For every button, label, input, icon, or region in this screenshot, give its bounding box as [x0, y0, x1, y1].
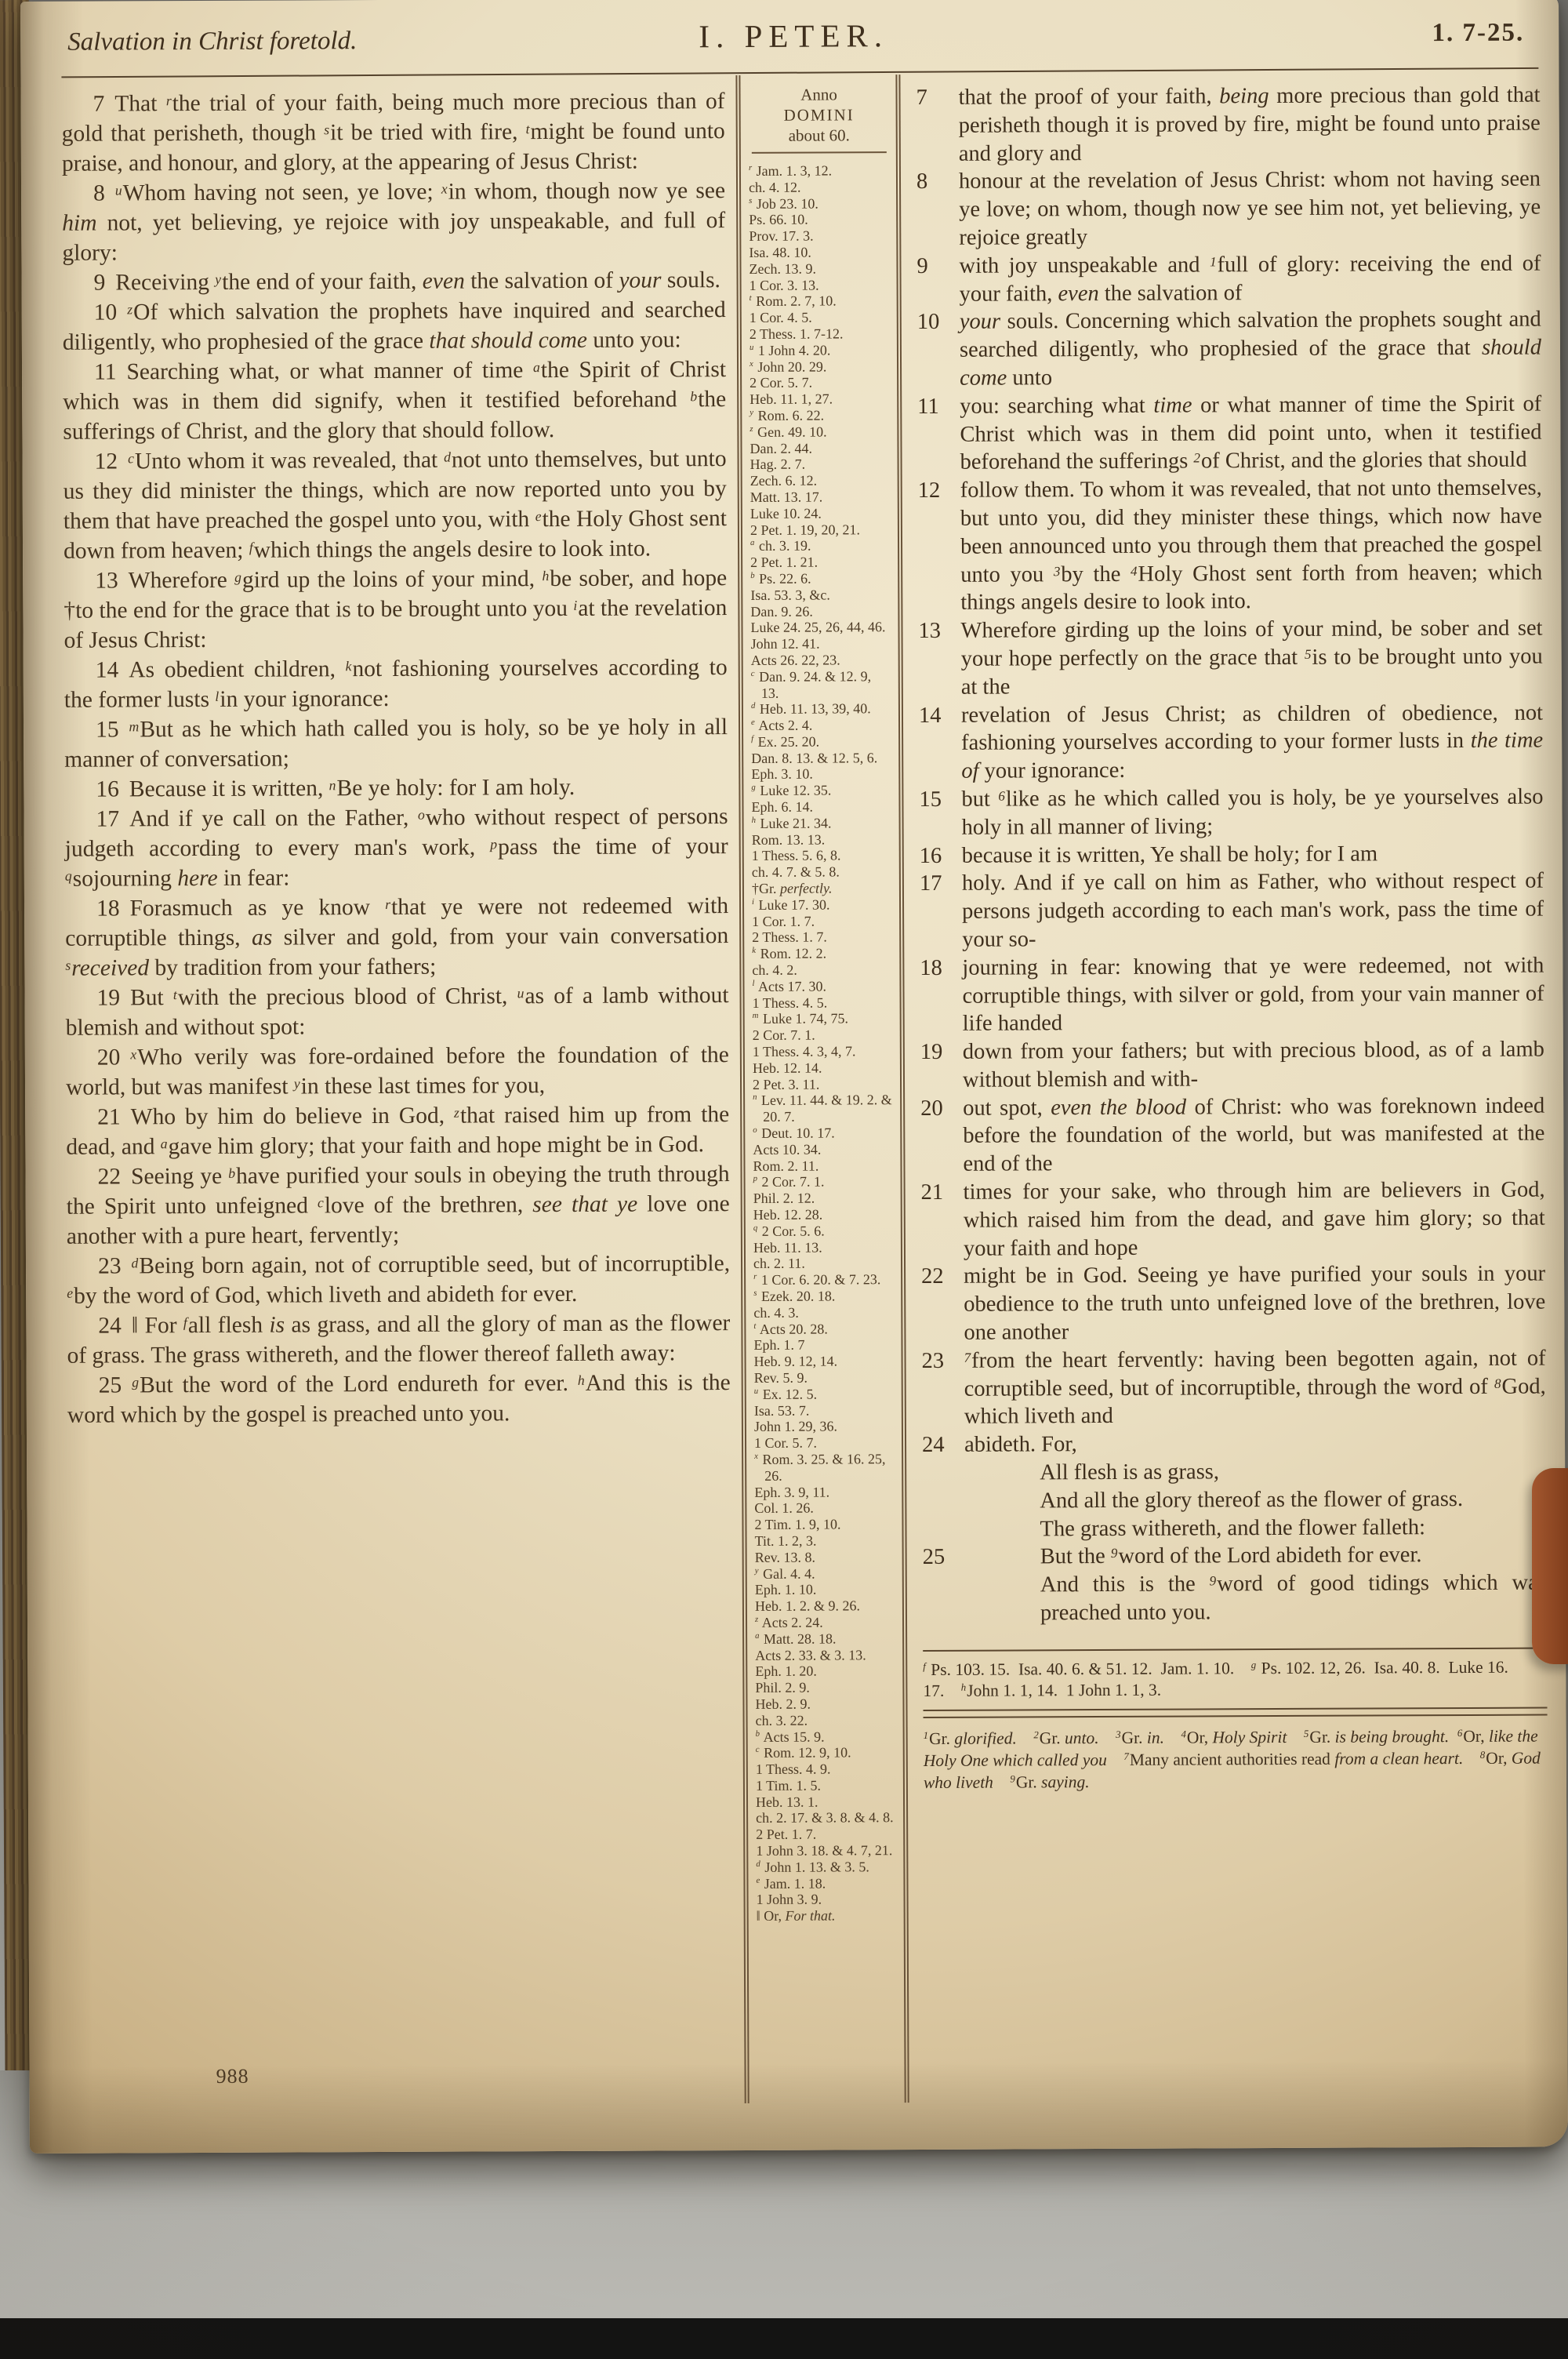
cross-reference: Dan. 9. 26.	[750, 603, 891, 620]
rv-verse: All flesh is as grass,	[922, 1457, 1546, 1488]
verse-text: Wherefore ggird up the loins of your min…	[64, 565, 727, 653]
rv-verse: 24abideth. For,	[922, 1429, 1546, 1459]
verse-number: 14	[96, 657, 119, 682]
cross-reference: p 2 Cor. 7. 1.	[753, 1174, 895, 1191]
domini-line: DOMINI	[749, 104, 890, 125]
footnote-block: f Ps. 103. 15. Isa. 40. 6. & 51. 12. Jam…	[923, 1647, 1548, 1793]
cross-reference: Heb. 11. 13.	[753, 1239, 895, 1256]
book-title: I. PETER.	[699, 16, 888, 55]
verse-text: 7from the heart fervently: having been b…	[964, 1346, 1546, 1429]
text-columns: 7That rthe trial of your faith, being mu…	[49, 72, 1553, 2106]
verse-text: times for your sake, who through him are…	[964, 1178, 1545, 1261]
cross-reference: Heb. 2. 9.	[755, 1696, 896, 1713]
verse-text: dBeing born again, not of corruptible se…	[67, 1251, 730, 1309]
bookmark-tab	[1532, 1468, 1568, 1664]
cross-reference: ch. 2. 17. & 3. 8. & 4. 8.	[756, 1810, 897, 1827]
cross-reference: Heb. 9. 12, 14.	[754, 1353, 895, 1370]
rv-verse: 20out spot, even the blood of Christ: wh…	[920, 1092, 1544, 1179]
verse-text: All flesh is as grass,	[1040, 1459, 1219, 1485]
kjv-verse: 21Who by him do believe in God, zthat ra…	[66, 1100, 729, 1162]
verse-number: 25	[923, 1543, 1040, 1572]
verse-number: 15	[96, 717, 119, 742]
verse-text: But twith the precious blood of Christ, …	[66, 983, 729, 1041]
cross-reference: Zech. 13. 9.	[749, 260, 890, 278]
verse-number: 18	[920, 954, 962, 982]
cross-reference: Zech. 6. 12.	[750, 472, 891, 489]
verse-number	[923, 1592, 1040, 1593]
cross-reference: ch. 3. 22.	[756, 1712, 897, 1729]
cross-reference: d John 1. 13. & 3. 5.	[756, 1859, 897, 1876]
kjv-verse: 8uWhom having not seen, ye love; xin who…	[62, 176, 725, 268]
cross-reference: Phil. 2. 9.	[755, 1679, 896, 1696]
verse-text: gBut the word of the Lord endureth for e…	[67, 1370, 731, 1428]
verse-text: follow them. To whom it was revealed, th…	[960, 476, 1543, 615]
verse-text: Who by him do believe in God, zthat rais…	[66, 1102, 729, 1160]
cross-reference: Col. 1. 26.	[754, 1499, 895, 1517]
verse-number: 19	[96, 985, 120, 1010]
verse-number: 14	[919, 701, 961, 729]
cross-reference: m Luke 1. 74, 75.	[753, 1011, 894, 1028]
cross-reference: y Rom. 6. 22.	[750, 407, 891, 424]
rv-verse: And all the glory thereof as the flower …	[922, 1485, 1546, 1515]
cross-reference: Acts 10. 34.	[753, 1141, 894, 1158]
cross-reference: 1 Cor. 4. 5.	[750, 309, 891, 326]
cross-reference: Heb. 11. 1, 27.	[750, 391, 891, 408]
cross-reference: Tit. 1. 2, 3.	[755, 1532, 896, 1550]
verse-text: Seeing ye bhave purified your souls in o…	[67, 1161, 730, 1249]
kjv-verse: 25gBut the word of the Lord endureth for…	[67, 1368, 731, 1430]
cross-reference: b Acts 15. 9.	[756, 1728, 897, 1746]
cross-reference: ch. 4. 2.	[752, 961, 893, 979]
kjv-verse: 23dBeing born again, not of corruptible …	[67, 1249, 730, 1311]
cross-reference: s Ezek. 20. 18.	[753, 1288, 895, 1305]
rv-verse: 8honour at the revelation of Jesus Chris…	[916, 165, 1541, 253]
verse-text: uWhom having not seen, ye love; xin whom…	[62, 178, 725, 266]
cross-reference: s Job 23. 10.	[749, 195, 890, 213]
cross-reference: Rom. 2. 11.	[753, 1158, 894, 1175]
verse-number: 20	[97, 1045, 121, 1070]
chapter-range: 1. 7-25.	[1432, 19, 1524, 49]
kjv-verse: 17And if ye call on the Father, owho wit…	[64, 801, 728, 894]
cross-reference: t Rom. 2. 7, 10.	[750, 293, 891, 311]
verse-text: And this is the 9word of good tidings wh…	[1040, 1571, 1547, 1626]
verse-number: 12	[918, 477, 960, 505]
verse-number: 9	[93, 271, 105, 296]
kjv-verse: 18Forasmuch as ye know rthat ye were not…	[65, 891, 728, 983]
rv-verse: 9with joy unspeakable and 1full of glory…	[916, 249, 1541, 308]
cross-reference: 2 Pet. 1. 21.	[750, 554, 891, 571]
verse-text: revelation of Jesus Christ; as children …	[961, 700, 1543, 783]
running-title: Salvation in Christ foretold.	[67, 27, 357, 57]
verse-text: journing in fear: knowing that ye were r…	[962, 953, 1544, 1036]
cross-reference: 1 Thess. 4. 3, 4, 7.	[753, 1043, 894, 1060]
rv-verse: 25But the 9word of the Lord abideth for …	[923, 1541, 1547, 1572]
cross-reference: ch. 2. 11.	[753, 1256, 895, 1273]
cross-reference: Eph. 1. 20.	[755, 1663, 896, 1680]
verse-text: with joy unspeakable and 1full of glory:…	[959, 251, 1541, 306]
verse-text: holy. And if ye call on him as Father, w…	[962, 869, 1544, 952]
rv-column: 7that the proof of your faith, being mor…	[900, 72, 1553, 2103]
cross-reference: Heb. 13. 1.	[756, 1794, 897, 1811]
cross-reference: Eph. 1. 7	[753, 1337, 895, 1354]
anno-line: Anno	[748, 84, 889, 105]
cross-reference: c Dan. 9. 24. & 12. 9, 13.	[751, 668, 892, 701]
kjv-verse: 13Wherefore ggird up the loins of your m…	[64, 563, 727, 656]
cross-reference: 1 Cor. 1. 7.	[752, 913, 893, 930]
cross-reference: ch. 4. 12.	[749, 179, 890, 196]
kjv-verse: 11Searching what, or what manner of time…	[63, 354, 726, 447]
kjv-verse: 16Because it is written, nBe ye holy: fo…	[64, 772, 728, 805]
cross-reference: Eph. 6. 14.	[751, 798, 892, 816]
rv-verse-list: 7that the proof of your faith, being mor…	[916, 82, 1547, 1628]
cross-reference: Rev. 5. 9.	[754, 1369, 895, 1387]
verse-number: 7	[916, 84, 958, 112]
cross-reference: ch. 4. 3.	[753, 1304, 895, 1321]
kjv-verse: 24‖ For fall flesh is as grass, and all …	[67, 1308, 730, 1371]
verse-text: ‖ For fall flesh is as grass, and all th…	[67, 1310, 730, 1369]
cross-reference: f Ex. 25. 20.	[751, 733, 892, 751]
verse-text: But the 9word of the Lord abideth for ev…	[1040, 1543, 1422, 1569]
cross-reference: Hag. 2. 7.	[750, 456, 891, 474]
verse-text: you: searching what time or what manner …	[960, 391, 1541, 474]
verse-number: 17	[96, 806, 119, 831]
rv-verse: 22might be in God. Seeing ye have purifi…	[921, 1260, 1545, 1347]
cross-reference: Heb. 12. 28.	[753, 1206, 895, 1223]
verse-text: Forasmuch as ye know rthat ye were not r…	[65, 893, 728, 981]
kjv-verse: 15mBut as he which hath called you is ho…	[64, 712, 728, 775]
page-number: 988	[216, 2065, 249, 2088]
bible-page: Salvation in Christ foretold. I. PETER. …	[20, 0, 1568, 2154]
cross-reference: Acts 2. 33. & 3. 13.	[755, 1647, 896, 1664]
footnote-double-rule	[924, 1707, 1548, 1717]
verse-number	[922, 1479, 1040, 1480]
verse-number: 16	[96, 776, 119, 801]
cross-reference: Heb. 1. 2. & 9. 26.	[755, 1598, 896, 1615]
verse-number: 22	[97, 1164, 121, 1189]
cross-reference: 1 Thess. 4. 9.	[756, 1761, 897, 1778]
cross-reference: i Luke 17. 30.	[752, 896, 893, 914]
verse-number: 19	[920, 1038, 963, 1067]
cross-reference: 2 Tim. 1. 9, 10.	[754, 1516, 895, 1533]
cross-reference: Isa. 53. 3, &c.	[750, 587, 891, 604]
verse-number: 13	[95, 568, 118, 593]
verse-text: As obedient children, knot fashioning yo…	[64, 655, 728, 713]
footnote-notes: 1Gr. glorified. 2Gr. unto. 3Gr. in. 4Or,…	[924, 1725, 1548, 1793]
verse-number: 20	[920, 1094, 963, 1122]
verse-text: Wherefore girding up the loins of your m…	[960, 616, 1542, 700]
verse-number: 21	[921, 1179, 964, 1207]
cross-reference: 1 Tim. 1. 5.	[756, 1777, 897, 1794]
cross-reference: l Acts 17. 30.	[752, 978, 893, 995]
cross-reference: 2 Pet. 3. 11.	[753, 1076, 894, 1093]
cross-reference: ch. 4. 7. & 5. 8.	[752, 863, 893, 881]
verse-number: 17	[920, 870, 962, 898]
verse-text: Receiving ythe end of your faith, even t…	[115, 267, 720, 295]
cross-reference: k Rom. 12. 2.	[752, 945, 893, 962]
rv-verse: 16because it is written, Ye shall be hol…	[920, 839, 1544, 870]
cross-reference: u 1 John 4. 20.	[750, 342, 891, 359]
verse-text: honour at the revelation of Jesus Christ…	[959, 167, 1541, 250]
kjv-verse: 7That rthe trial of your faith, being mu…	[61, 86, 724, 179]
verse-number: 25	[99, 1372, 122, 1398]
page-header: Salvation in Christ foretold. I. PETER. …	[60, 14, 1527, 67]
cross-reference: 1 John 3. 9.	[757, 1892, 898, 1909]
verse-number: 11	[94, 359, 117, 384]
kjv-verse: 14As obedient children, knot fashioning …	[64, 652, 728, 715]
cross-reference: 1 Thess. 4. 5.	[753, 994, 894, 1012]
cross-reference-list: r Jam. 1. 3, 12. ch. 4. 12. s Job 23. 10…	[749, 162, 898, 1925]
cross-reference: x Rom. 3. 25. & 16. 25, 26.	[754, 1451, 895, 1484]
verse-number: 23	[98, 1253, 122, 1278]
photo-background: Salvation in Christ foretold. I. PETER. …	[0, 0, 1568, 2359]
dark-strip	[0, 2318, 1568, 2359]
cross-reference: e Acts 2. 4.	[751, 717, 892, 734]
cross-reference: 1 Cor. 3. 13.	[750, 277, 891, 294]
verse-text: down from your fathers; but with preciou…	[963, 1038, 1544, 1092]
cross-reference: y Gal. 4. 4.	[755, 1565, 896, 1583]
rv-verse: 17holy. And if ye call on him as Father,…	[920, 867, 1544, 954]
verse-text: out spot, even the blood of Christ: who …	[963, 1093, 1544, 1176]
cross-reference: c Rom. 12. 9, 10.	[756, 1744, 897, 1761]
cross-reference: Prov. 17. 3.	[749, 227, 890, 245]
verse-number: 11	[917, 393, 960, 421]
cross-reference: Eph. 3. 9, 11.	[754, 1484, 895, 1501]
verse-number: 24	[922, 1431, 964, 1459]
cross-reference: g Luke 12. 35.	[751, 782, 892, 799]
verse-text: That rthe trial of your faith, being muc…	[62, 89, 725, 176]
verse-text: cUnto whom it was revealed, that dnot un…	[64, 446, 727, 564]
verse-number: 8	[916, 168, 959, 196]
rv-verse: 13Wherefore girding up the loins of your…	[918, 615, 1542, 702]
cross-reference: Isa. 48. 10.	[749, 244, 890, 261]
footnote-divider	[923, 1647, 1547, 1651]
rv-verse: 14revelation of Jesus Christ; as childre…	[919, 699, 1543, 786]
cross-reference: 2 Thess. 1. 7.	[752, 929, 893, 947]
cross-reference: Matt. 13. 17.	[750, 489, 891, 506]
verse-number: 12	[94, 449, 118, 474]
cross-reference: d Heb. 11. 13, 39, 40.	[751, 700, 892, 718]
cross-reference: Rev. 13. 8.	[755, 1549, 896, 1566]
cross-reference: Luke 10. 24.	[750, 505, 891, 522]
rv-verse: 10your souls. Concerning which salvation…	[917, 306, 1541, 393]
cross-reference: Phil. 2. 12.	[753, 1190, 895, 1207]
cross-reference: Ps. 66. 10.	[749, 212, 890, 229]
cross-reference: John 1. 29, 36.	[754, 1419, 895, 1436]
verse-number: 7	[93, 92, 105, 117]
about-line: about 60.	[749, 125, 890, 146]
cross-reference: n Lev. 11. 44. & 19. 2. & 20. 7.	[753, 1092, 894, 1125]
cross-reference: Acts 26. 22, 23.	[751, 652, 892, 669]
verse-number	[923, 1536, 1040, 1536]
cross-reference: ‖ Or, For that.	[757, 1907, 898, 1925]
verse-text: xWho verily was fore-ordained before the…	[66, 1042, 729, 1100]
verse-number: 10	[94, 300, 118, 325]
cross-reference: 2 Cor. 5. 7.	[750, 375, 891, 392]
rv-verse: 237from the heart fervently: having been…	[921, 1344, 1545, 1431]
verse-number: 22	[921, 1263, 964, 1291]
cross-reference: 2 Pet. 1. 7.	[756, 1826, 897, 1843]
cross-reference: 2 Pet. 1. 19, 20, 21.	[750, 522, 891, 539]
footnote-references: f Ps. 103. 15. Isa. 40. 6. & 51. 12. Jam…	[923, 1656, 1547, 1701]
rv-verse: And this is the 9word of good tidings wh…	[923, 1569, 1547, 1628]
verse-text: that the proof of your faith, being more…	[958, 83, 1540, 166]
verse-number: 9	[916, 253, 959, 281]
cross-reference: z Acts 2. 24.	[755, 1614, 896, 1631]
rv-verse: 7that the proof of your faith, being mor…	[916, 82, 1540, 169]
cross-reference: 1 Thess. 5. 6, 8.	[752, 848, 893, 865]
cross-reference: Dan. 2. 44.	[750, 440, 891, 457]
verse-number: 15	[919, 786, 961, 814]
cross-reference: r Jam. 1. 3, 12.	[749, 162, 890, 180]
verse-number: 8	[93, 181, 105, 206]
cross-reference: x John 20. 29.	[750, 358, 891, 376]
verse-number: 21	[97, 1104, 121, 1129]
cross-reference: 1 Cor. 5. 7.	[754, 1434, 895, 1452]
kjv-verse: 10zOf which salvation the prophets have …	[63, 295, 726, 358]
kjv-column: 7That rthe trial of your faith, being mu…	[49, 75, 742, 2106]
kjv-verse: 12cUnto whom it was revealed, that dnot …	[63, 444, 727, 566]
cross-reference: †Gr. perfectly.	[752, 880, 893, 897]
cross-reference: Heb. 12. 14.	[753, 1060, 894, 1077]
verse-text: Because it is written, nBe ye holy: for …	[129, 775, 575, 801]
cross-reference: z Gen. 49. 10.	[750, 423, 891, 441]
cross-reference: q 2 Cor. 5. 6.	[753, 1223, 895, 1240]
rv-verse: 15but 6like as he which called you is ho…	[919, 783, 1543, 841]
reference-divider	[752, 151, 887, 154]
cross-reference: John 12. 41.	[751, 635, 892, 652]
cross-reference: Isa. 53. 7.	[754, 1402, 895, 1419]
cross-reference: e Jam. 1. 18.	[756, 1875, 897, 1892]
anno-domini-heading: Anno DOMINI about 60.	[748, 84, 889, 146]
verse-number: 23	[921, 1347, 964, 1376]
verse-text: might be in God. Seeing ye have purified…	[964, 1262, 1545, 1345]
cross-reference: 2 Thess. 1. 7-12.	[750, 325, 891, 343]
verse-number: 10	[917, 308, 960, 336]
rv-verse: 12follow them. To whom it was revealed, …	[918, 474, 1543, 617]
cross-reference: Luke 24. 25, 26, 44, 46.	[750, 619, 891, 636]
verse-number: 24	[98, 1313, 122, 1338]
kjv-verse: 19But twith the precious blood of Christ…	[65, 980, 728, 1043]
rv-verse: 19down from your fathers; but with preci…	[920, 1036, 1544, 1095]
verse-number: 16	[920, 841, 962, 870]
cross-reference: 1 John 3. 18. & 4. 7, 21.	[756, 1842, 897, 1859]
cross-reference: 2 Cor. 7. 1.	[753, 1027, 894, 1044]
cross-reference: b Ps. 22. 6.	[750, 570, 891, 587]
kjv-verse: 20xWho verily was fore-ordained before t…	[66, 1040, 729, 1103]
cross-reference: t Acts 20. 28.	[753, 1321, 895, 1338]
verse-text: zOf which salvation the prophets have in…	[63, 297, 726, 355]
rv-verse: 18journing in fear: knowing that ye were…	[920, 951, 1544, 1038]
verse-number: 13	[918, 617, 960, 645]
rv-verse: 21times for your sake, who through him a…	[921, 1176, 1545, 1263]
verse-text: The grass withereth, and the flower fall…	[1040, 1515, 1425, 1541]
cross-reference: u Ex. 12. 5.	[754, 1386, 895, 1403]
cross-reference: r 1 Cor. 6. 20. & 7. 23.	[753, 1271, 895, 1289]
cross-reference: Dan. 8. 13. & 12. 5, 6.	[751, 750, 892, 767]
reference-column: Anno DOMINI about 60. r Jam. 1. 3, 12. c…	[735, 75, 909, 2103]
cross-reference: h Luke 21. 34.	[752, 815, 893, 832]
cross-reference: Eph. 3. 10.	[751, 766, 892, 783]
verse-text: Searching what, or what manner of time a…	[63, 357, 726, 445]
verse-number: 18	[96, 896, 120, 921]
cross-reference: Rom. 13. 13.	[752, 831, 893, 849]
cross-reference: a ch. 3. 19.	[750, 537, 891, 554]
kjv-verse: 9Receiving ythe end of your faith, even …	[62, 265, 725, 298]
kjv-verse: 22Seeing ye bhave purified your souls in…	[66, 1159, 729, 1252]
cross-reference: a Matt. 28. 18.	[755, 1630, 896, 1648]
verse-text: but 6like as he which called you is holy…	[961, 784, 1543, 839]
verse-number	[922, 1507, 1040, 1508]
verse-text: mBut as he which hath called you is holy…	[64, 714, 728, 772]
cross-reference: Eph. 1. 10.	[755, 1581, 896, 1598]
cross-reference: o Deut. 10. 17.	[753, 1125, 894, 1142]
rv-verse: The grass withereth, and the flower fall…	[922, 1513, 1546, 1543]
verse-text: And all the glory thereof as the flower …	[1040, 1487, 1463, 1513]
verse-text: because it is written, Ye shall be holy;…	[962, 841, 1377, 867]
verse-text: And if ye call on the Father, owho witho…	[65, 804, 728, 892]
rv-verse: 11you: searching what time or what manne…	[917, 390, 1541, 477]
verse-text: abideth. For,	[964, 1432, 1077, 1457]
verse-text: your souls. Concerning which salvation t…	[960, 307, 1541, 391]
